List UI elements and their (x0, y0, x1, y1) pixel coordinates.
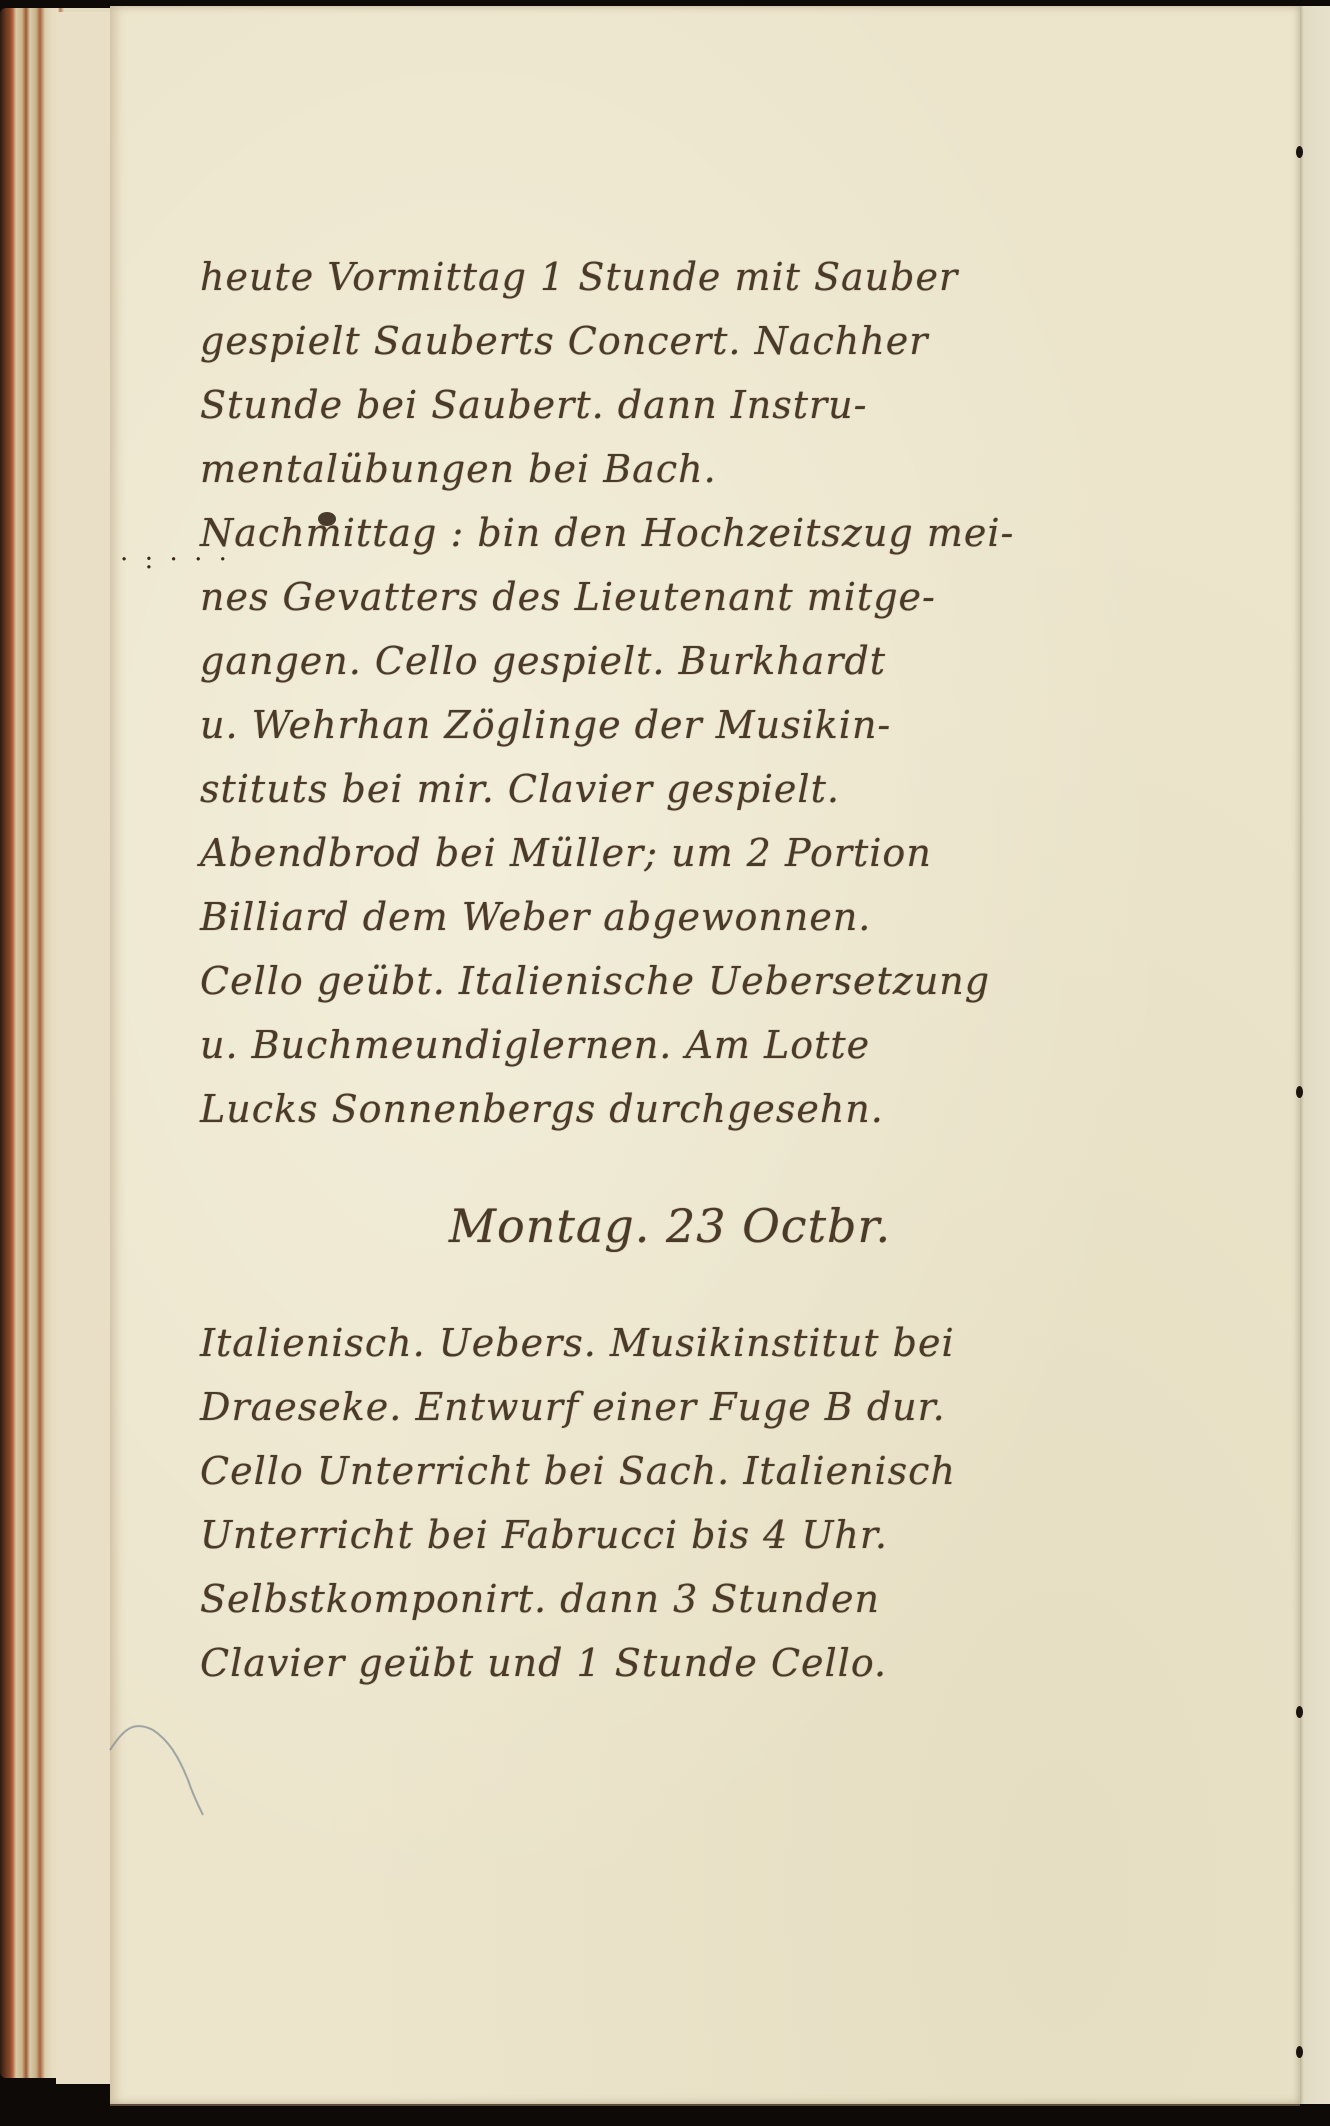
text-line: Selbstkomponirt. dann 3 Stunden (200, 1567, 1200, 1631)
text-line: stituts bei mir. Clavier gespielt. (200, 757, 1200, 821)
text-line: Italienisch. Uebers. Musikinstitut bei (200, 1311, 1200, 1375)
text-line: u. Wehrhan Zöglinge der Musikin- (200, 693, 1200, 757)
handwritten-text: heute Vormittag 1 Stunde mit Sauber gesp… (200, 245, 1200, 1695)
text-line: Billiard dem Weber abgewonnen. (200, 885, 1200, 949)
text-line: Cello geübt. Italienische Uebersetzung (200, 949, 1200, 1013)
text-line: Nachmittag : bin den Hochzeitszug mei- (200, 501, 1200, 565)
text-line: Abendbrod bei Müller; um 2 Portion (200, 821, 1200, 885)
binding-thread-mark (1296, 1086, 1303, 1098)
binding-thread-mark (1296, 2046, 1303, 2058)
binding-thread-mark (1296, 1706, 1303, 1718)
text-line: gespielt Sauberts Concert. Nachher (200, 309, 1200, 373)
text-line: Cello Unterricht bei Sach. Italienisch (200, 1439, 1200, 1503)
right-page-edge (1300, 6, 1330, 2104)
text-line: nes Gevatters des Lieutenant mitge- (200, 565, 1200, 629)
pencil-annotation-mark (108, 1710, 228, 1820)
diary-entry-1: heute Vormittag 1 Stunde mit Sauber gesp… (200, 245, 1200, 1141)
text-line: gangen. Cello gespielt. Burkhardt (200, 629, 1200, 693)
entry-date-heading: Montag. 23 Octbr. (200, 1171, 1200, 1281)
text-line: Stunde bei Saubert. dann Instru- (200, 373, 1200, 437)
text-line: Draeseke. Entwurf einer Fuge B dur. (200, 1375, 1200, 1439)
text-line: heute Vormittag 1 Stunde mit Sauber (200, 245, 1200, 309)
text-line: Lucks Sonnenbergs durchgesehn. (200, 1077, 1200, 1141)
text-line: mentalübungen bei Bach. (200, 437, 1200, 501)
text-line: Clavier geübt und 1 Stunde Cello. (200, 1631, 1200, 1695)
binding-thread-mark (1296, 146, 1303, 158)
text-line: u. Buchmeundiglernen. Am Lotte (200, 1013, 1200, 1077)
diary-entry-2: Italienisch. Uebers. Musikinstitut bei D… (200, 1311, 1200, 1695)
text-line: Unterricht bei Fabrucci bis 4 Uhr. (200, 1503, 1200, 1567)
